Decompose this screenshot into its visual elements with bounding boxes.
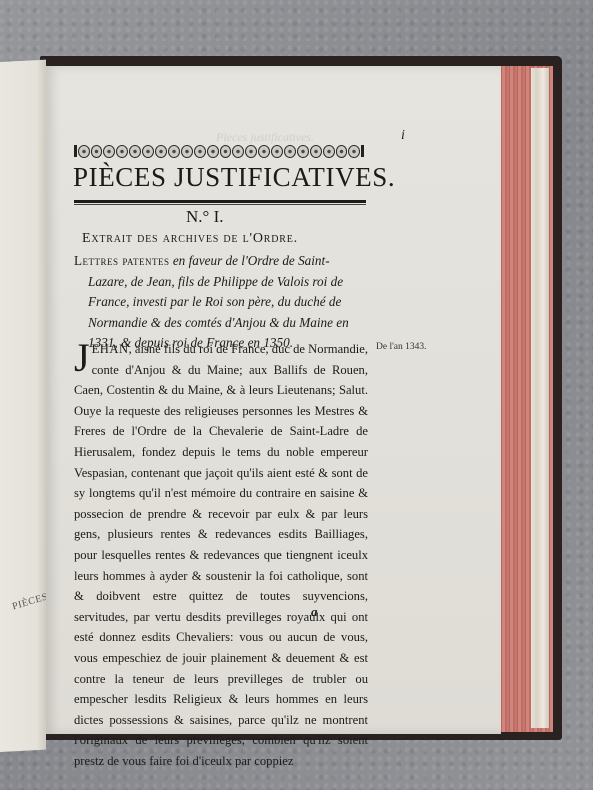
ornament-rosette-icon [323, 145, 335, 158]
ornament-bar-icon [361, 145, 364, 157]
signature-mark: a [311, 604, 318, 620]
show-through-text: Pieces justificatives. [216, 130, 314, 145]
letters-lead: Lettres patentes [74, 253, 170, 268]
ornament-rosette-icon [297, 145, 309, 158]
ornament-rosette-icon [168, 145, 180, 158]
margin-note: De l'an 1343. [376, 342, 427, 352]
ornament-rosette-icon [91, 145, 103, 158]
ornament-rosette-icon [181, 145, 193, 158]
ornament-rosette-icon [310, 145, 322, 158]
drop-cap: J [74, 341, 90, 375]
extract-heading: Extrait des archives de l'Ordre. [82, 231, 298, 247]
ornament-rosette-icon [116, 145, 128, 158]
left-page: PIÈCES [0, 60, 46, 752]
ornament-rosette-icon [220, 145, 232, 158]
ornament-rosette-icon [207, 145, 219, 158]
ornament-rosette-icon [142, 145, 154, 158]
ornament-rosette-icon [348, 145, 360, 158]
body-text: JEHAN, aisné fils du roi de France, duc … [74, 339, 368, 771]
ornament-bar-icon [74, 145, 77, 157]
page-title: PIÈCES JUSTIFICATIVES. [73, 162, 395, 193]
body-paragraph: , aisné fils du roi de France, duc de No… [74, 342, 368, 768]
right-page: Pieces justificatives. i PIÈCES JUSTIFIC… [46, 66, 501, 734]
ornament-rosette-icon [284, 145, 296, 158]
ornament-rosette-icon [258, 145, 270, 158]
first-word: EHAN [92, 342, 129, 356]
document-number: N.° I. [186, 207, 224, 227]
title-rule [74, 200, 366, 203]
left-page-catchword: PIÈCES [11, 591, 49, 612]
ornament-rosette-icon [78, 145, 90, 158]
ornament-rosette-icon [129, 145, 141, 158]
page-number: i [401, 128, 405, 144]
ornament-rosette-icon [155, 145, 167, 158]
ornament-rosette-icon [336, 145, 348, 158]
title-rule-thin [74, 204, 366, 205]
page-edges-light [531, 68, 549, 728]
ornament-rosette-icon [271, 145, 283, 158]
ornament-rosette-icon [103, 145, 115, 158]
ornament-rosette-icon [194, 145, 206, 158]
ornament-rosette-icon [232, 145, 244, 158]
ornament-rosette-icon [245, 145, 257, 158]
ornament-border [74, 144, 364, 158]
